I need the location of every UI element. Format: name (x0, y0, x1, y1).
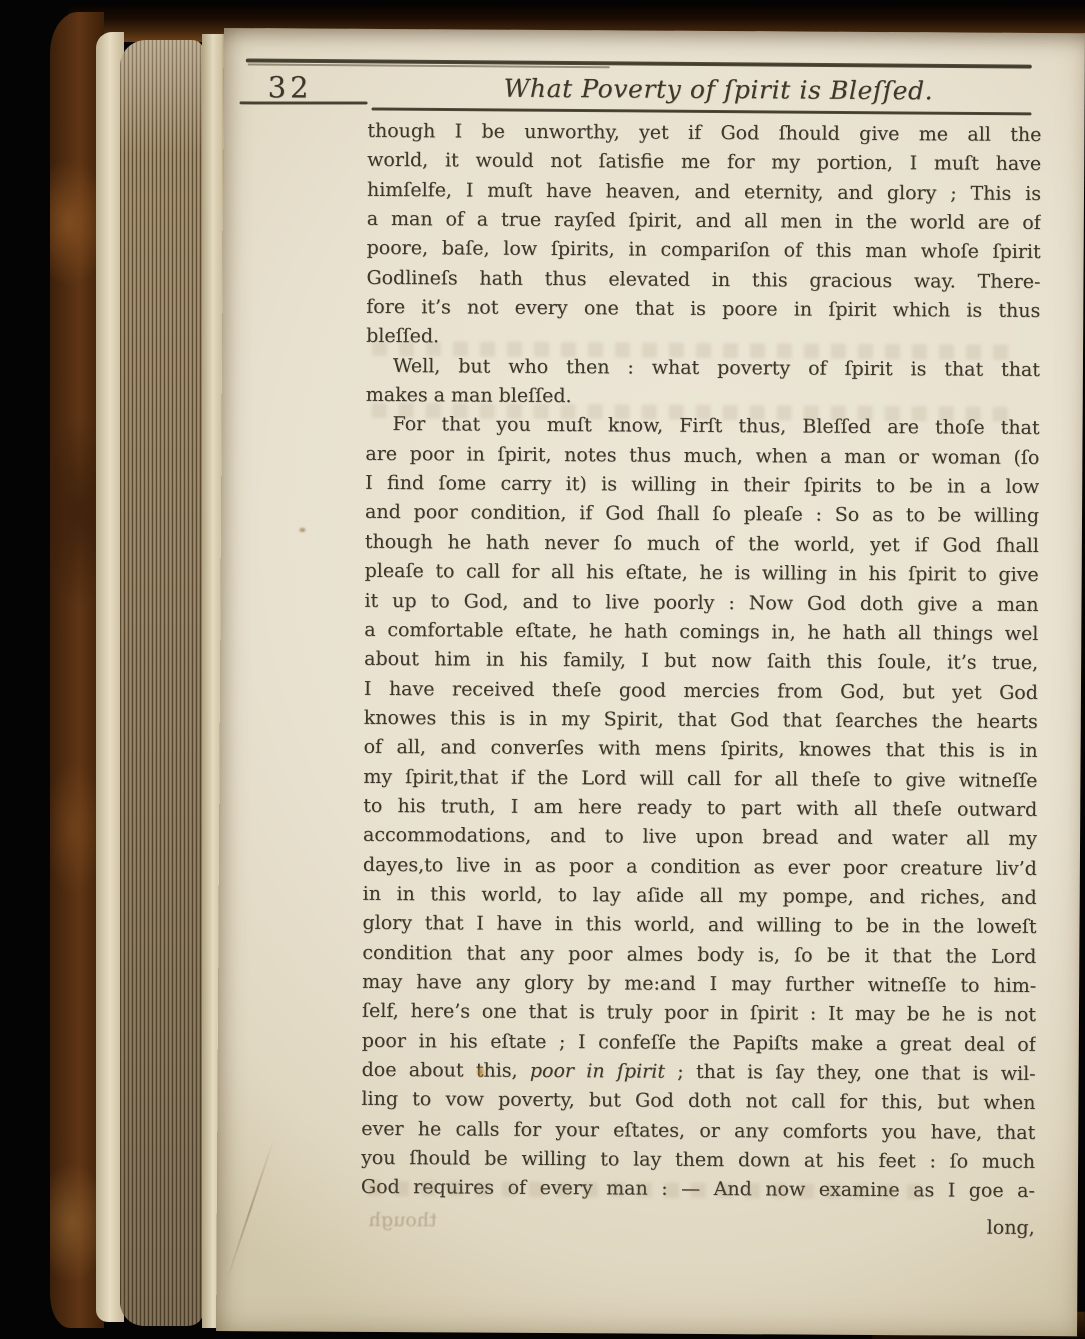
body-text: though I be unworthy, yet if God ſhould … (361, 117, 1042, 1243)
stain (476, 1066, 486, 1079)
stain (298, 526, 307, 533)
text-line: condition that any poor almes body is, ſ… (362, 938, 1036, 971)
italic-phrase: poor in ſpirit (530, 1060, 665, 1083)
page-number: 32 (268, 70, 313, 104)
text-line: poore, baſe, low ſpirits, in compariſon … (367, 234, 1041, 267)
photo-background: { "page_number": "32", "running_header":… (0, 0, 1085, 1339)
text-line: himſelfe, I muſt have heaven, and eterni… (367, 176, 1041, 209)
text-line: of all, and converſes with mens ſpirits,… (364, 733, 1038, 766)
text-line: pleaſe to call for all his eſtate, he is… (365, 557, 1039, 590)
text-line: knowes this is in my Spirit, that God th… (364, 704, 1038, 737)
text-line: poor in his eſtate ; I confeſſe the Papi… (362, 1027, 1036, 1060)
text-line: you ſhould be willing to lay them down a… (361, 1144, 1035, 1177)
text-line: accommodations, and to live upon bread a… (363, 821, 1037, 854)
text-line: my ſpirit,that if the Lord will call for… (363, 762, 1037, 795)
running-header: What Poverty of ſpirit is Bleſſed. (504, 74, 934, 106)
bleedthrough-text: though (369, 1209, 437, 1231)
catchword: long, (361, 1210, 1035, 1243)
text-segment: ; that is ſay they, one that is wil- (665, 1061, 1036, 1085)
text-line: ling to vow poverty, but God doth not ca… (361, 1085, 1035, 1118)
text-line: world, it would not ſatisfie me for my p… (367, 146, 1041, 179)
text-line: though he hath never ſo much of the worl… (365, 528, 1039, 561)
text-line: fore it’s not every one that is poore in… (366, 293, 1040, 326)
page-stack-fore-edge (120, 40, 204, 1326)
header-rule-bottom (371, 107, 1031, 115)
text-line: to his truth, I am here ready to part wi… (363, 792, 1037, 825)
text-line: dayes,to live in as poor a condition as … (363, 850, 1037, 883)
page-crease (225, 1140, 274, 1283)
text-line: a comfortable eſtate, he hath comings in… (364, 616, 1038, 649)
text-line: ſelf, here’s one that is truly poor in ſ… (362, 997, 1036, 1030)
text-line: ever he calls for your eſtates, or any c… (361, 1115, 1035, 1148)
text-line: I find ſome carry it) is willing in thei… (365, 469, 1039, 502)
page-number-rule (240, 101, 368, 104)
header-rule-top (246, 58, 1032, 68)
text-line: about him in his family, I but now ſaith… (364, 645, 1038, 678)
text-line: it up to God, and to live poorly : Now G… (364, 586, 1038, 619)
text-line: glory that I have in this world, and wil… (362, 909, 1036, 942)
text-line: and poor condition, if God ſhall ſo plea… (365, 498, 1039, 531)
text-line: a man of a true rayſed ſpirit, and all m… (367, 205, 1041, 238)
text-line: may have any glory by me:and I may furth… (362, 968, 1036, 1001)
text-line: are poor in ſpirit, notes thus much, whe… (365, 440, 1039, 473)
text-line: Godlineſs hath thus elevated in this gra… (366, 264, 1040, 297)
book-page: 32 What Poverty of ſpirit is Bleſſed. th… (216, 28, 1085, 1336)
text-segment: doe about this, (362, 1059, 530, 1082)
text-line: I have received theſe good mercies from … (364, 674, 1038, 707)
text-line: doe about this, poor in ſpirit ; that is… (362, 1056, 1036, 1089)
text-line: though I be unworthy, yet if God ſhould … (367, 117, 1041, 150)
book-photo: 32 What Poverty of ſpirit is Bleſſed. th… (0, 0, 1085, 1339)
text-line: in in this world, to lay aſide all my po… (363, 880, 1037, 913)
